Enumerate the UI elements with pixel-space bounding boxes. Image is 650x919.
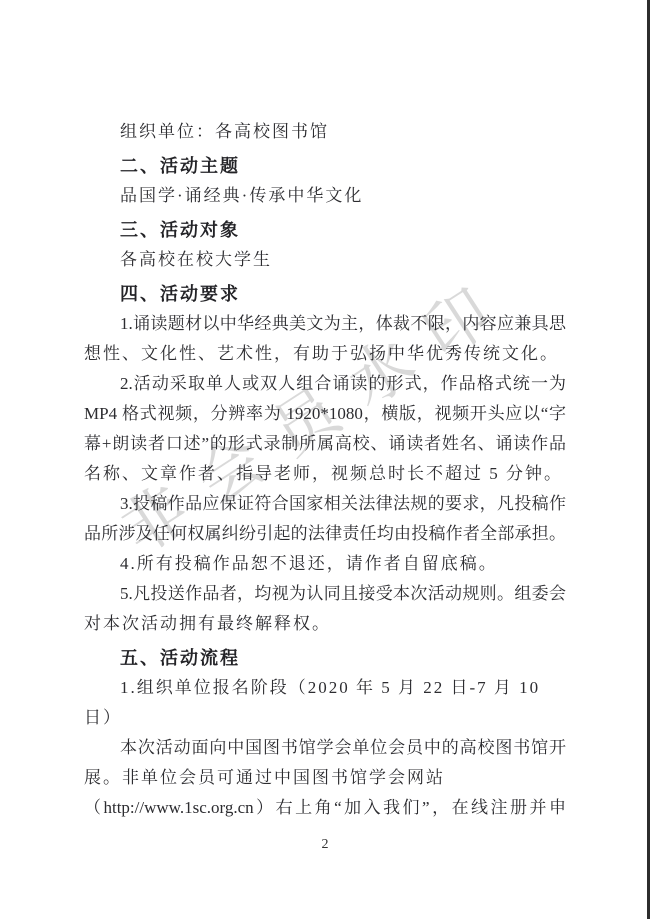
doc-line: 1.诵读题材以中华经典美文为主，体裁不限，内容应兼具思	[84, 309, 566, 339]
doc-line: 幕+朗读者口述”的形式录制所属高校、诵读者姓名、诵读作品	[84, 429, 566, 459]
section-heading-2: 二、活动主题	[84, 151, 566, 181]
doc-line: MP4 格式视频，分辨率为 1920*1080，横版，视频开头应以“字	[84, 399, 566, 429]
doc-line-organizer: 组织单位：各高校图书馆	[84, 117, 566, 147]
section-heading-4: 四、活动要求	[84, 279, 566, 309]
page-number: 2	[0, 836, 650, 854]
doc-line: 4.所有投稿作品恕不退还，请作者自留底稿。	[84, 549, 566, 579]
doc-line: 名称、文章作者、指导老师，视频总时长不超过 5 分钟。	[84, 459, 566, 489]
doc-line-website: （http://www.1sc.org.cn）右上角“加入我们”，在线注册并申	[84, 793, 566, 823]
doc-line: 本次活动面向中国图书馆学会单位会员中的高校图书馆开	[84, 733, 566, 763]
doc-line: 3.投稿作品应保证符合国家相关法律法规的要求，凡投稿作	[84, 489, 566, 519]
doc-line: 5.凡投送作品者，均视为认同且接受本次活动规则。组委会	[84, 579, 566, 609]
document-body: 组织单位：各高校图书馆 二、活动主题 品国学·诵经典·传承中华文化 三、活动对象…	[84, 117, 566, 823]
doc-line-theme: 品国学·诵经典·传承中华文化	[84, 181, 566, 211]
doc-line: 品所涉及任何权属纠纷引起的法律责任均由投稿作者全部承担。	[84, 519, 566, 549]
document-page: 非会员水印 组织单位：各高校图书馆 二、活动主题 品国学·诵经典·传承中华文化 …	[0, 0, 650, 919]
doc-line-audience: 各高校在校大学生	[84, 245, 566, 275]
section-heading-5: 五、活动流程	[84, 643, 566, 673]
doc-line: 想性、文化性、艺术性，有助于弘扬中华优秀传统文化。	[84, 339, 566, 369]
doc-line: 对本次活动拥有最终解释权。	[84, 609, 566, 639]
section-heading-3: 三、活动对象	[84, 215, 566, 245]
doc-line: 展。非单位会员可通过中国图书馆学会网站	[84, 763, 566, 793]
doc-line: 2.活动采取单人或双人组合诵读的形式，作品格式统一为	[84, 369, 566, 399]
doc-line-phase-1: 1.组织单位报名阶段（2020 年 5 月 22 日-7 月 10 日）	[84, 673, 566, 733]
